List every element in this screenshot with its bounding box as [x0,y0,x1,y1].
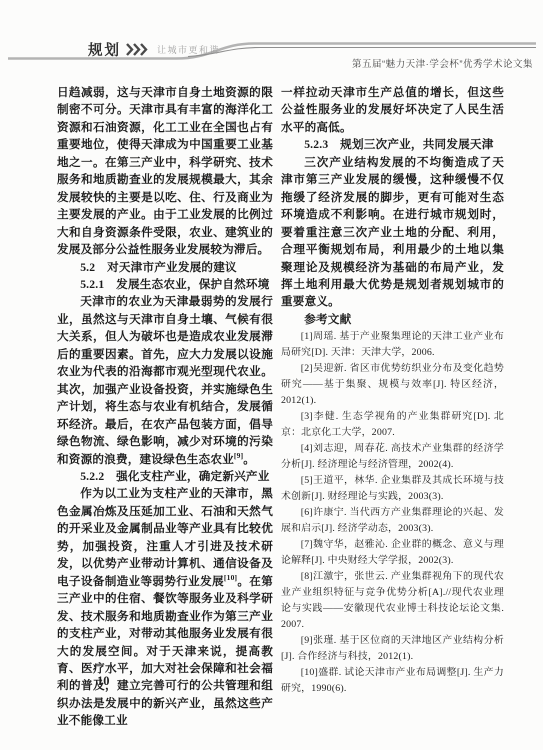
section-heading-5-2-1: 5.2.1 发展生态农业，保护自然环境 [57,276,273,293]
citation-mark-9: [9] [234,451,243,460]
paragraph-5-2-1-text: 天津市的农业为天津最弱势的发展行业，虽然这与天津市自身土壤、气候有很大关系，但人… [57,295,273,465]
reference-item: [6]许康宁. 当代西方产业集群理论的兴起、发展和启示[J]. 经济学动态，20… [281,505,504,537]
references-list: [1]周瑶. 基于产业聚集理论的天津工业产业布局研究[D]. 天津：天津大学，2… [281,329,504,697]
paragraph-5-2-2: 作为以工业为支柱产业的天津市，黑色金属冶炼及压延加工业、石油和天然气的开采业及金… [57,485,273,729]
paragraph-5-2-2-text: 作为以工业为支柱产业的天津市，黑色金属冶炼及压延加工业、石油和天然气的开采业及金… [57,487,273,587]
reference-item: [3]李健. 生态学视角的产业集群研究[D]. 北京：北京化工大学，2007. [281,409,504,441]
paragraph-5-2-3: 三次产业结构发展的不均衡造成了天津市第三产业发展的缓慢，这种缓慢不仅拖缓了经济发… [281,154,504,311]
section-heading-5-2: 5.2 对天津市产业发展的建议 [57,259,273,276]
journal-name: 规划 [88,39,121,60]
journal-brand: 规划 让城市更和谐 [88,40,220,58]
paragraph-5-2-1-tail: 。 [243,453,255,466]
section-heading-5-2-2: 5.2.2 强化支柱产业，确定新兴产业 [57,468,273,485]
section-heading-5-2-3: 5.2.3 规划三次产业，共同发展天津 [281,136,504,153]
reference-item: [10]盛群. 试论天津市产业布局调整[J]. 生产力研究，1990(6). [281,665,504,697]
references-heading: 参考文献 [281,311,504,329]
paragraph-continued: 一样拉动天津市生产总值的增长，但这些公益性服务业的发展好坏决定了人民生活水平的高… [281,84,504,136]
paper-page: 规划 让城市更和谐 第五届“魅力天津·学会杯”优秀学术论文集 日趋减弱，这与天津… [0,0,543,750]
right-column: 一样拉动天津市生产总值的增长，但这些公益性服务业的发展好坏决定了人民生活水平的高… [281,84,504,614]
left-column: 日趋减弱，这与天津市自身土地资源的限制密不可分。天津市具有丰富的海洋化工资源和石… [57,84,273,614]
chevrons-right-icon [126,43,148,56]
reference-item: [5]王道平，林华. 企业集群及其成长环境与技术创新[J]. 财经理论与实践，2… [281,473,504,505]
reference-item: [7]魏守华，赵雅沁. 企业群的概念、意义与理论解释[J]. 中央财经大学学报，… [281,537,504,569]
collection-title: 第五届“魅力天津·学会杯”优秀学术论文集 [233,56,533,70]
paragraph-continued: 日趋减弱，这与天津市自身土地资源的限制密不可分。天津市具有丰富的海洋化工资源和石… [57,84,273,259]
page-header: 规划 让城市更和谐 第五届“魅力天津·学会杯”优秀学术论文集 [0,0,543,74]
reference-item: [1]周瑶. 基于产业聚集理论的天津工业产业布局研究[D]. 天津：天津大学，2… [281,329,504,361]
citation-mark-10: [10] [224,573,237,582]
paragraph-5-2-1: 天津市的农业为天津最弱势的发展行业，虽然这与天津市自身土壤、气候有很大关系，但人… [57,293,273,468]
paragraph-5-2-2-tail: 。在第三产业中的住宿、餐饮等服务业及科学研发、技术服务和地质勘查业作为第三产业的… [57,575,273,728]
journal-tagline: 让城市更和谐 [157,43,220,56]
reference-item: [4]刘志迎，周春花. 高技术产业集群的经济学分析[J]. 经济理论与经济管理，… [281,441,504,473]
page-number: 10 [97,674,110,689]
reference-item: [2]吴迎新. 省区市优势纺织业分布及变化趋势研究——基于集聚、规模与效率[J]… [281,361,504,409]
reference-item: [8]江激宇，张世云. 产业集群视角下的现代农业产业组织特征与竞争优势分析[A]… [281,569,504,633]
reference-item: [9]张瑾. 基于区位商的天津地区产业结构分析[J]. 合作经济与科技，2012… [281,633,504,665]
